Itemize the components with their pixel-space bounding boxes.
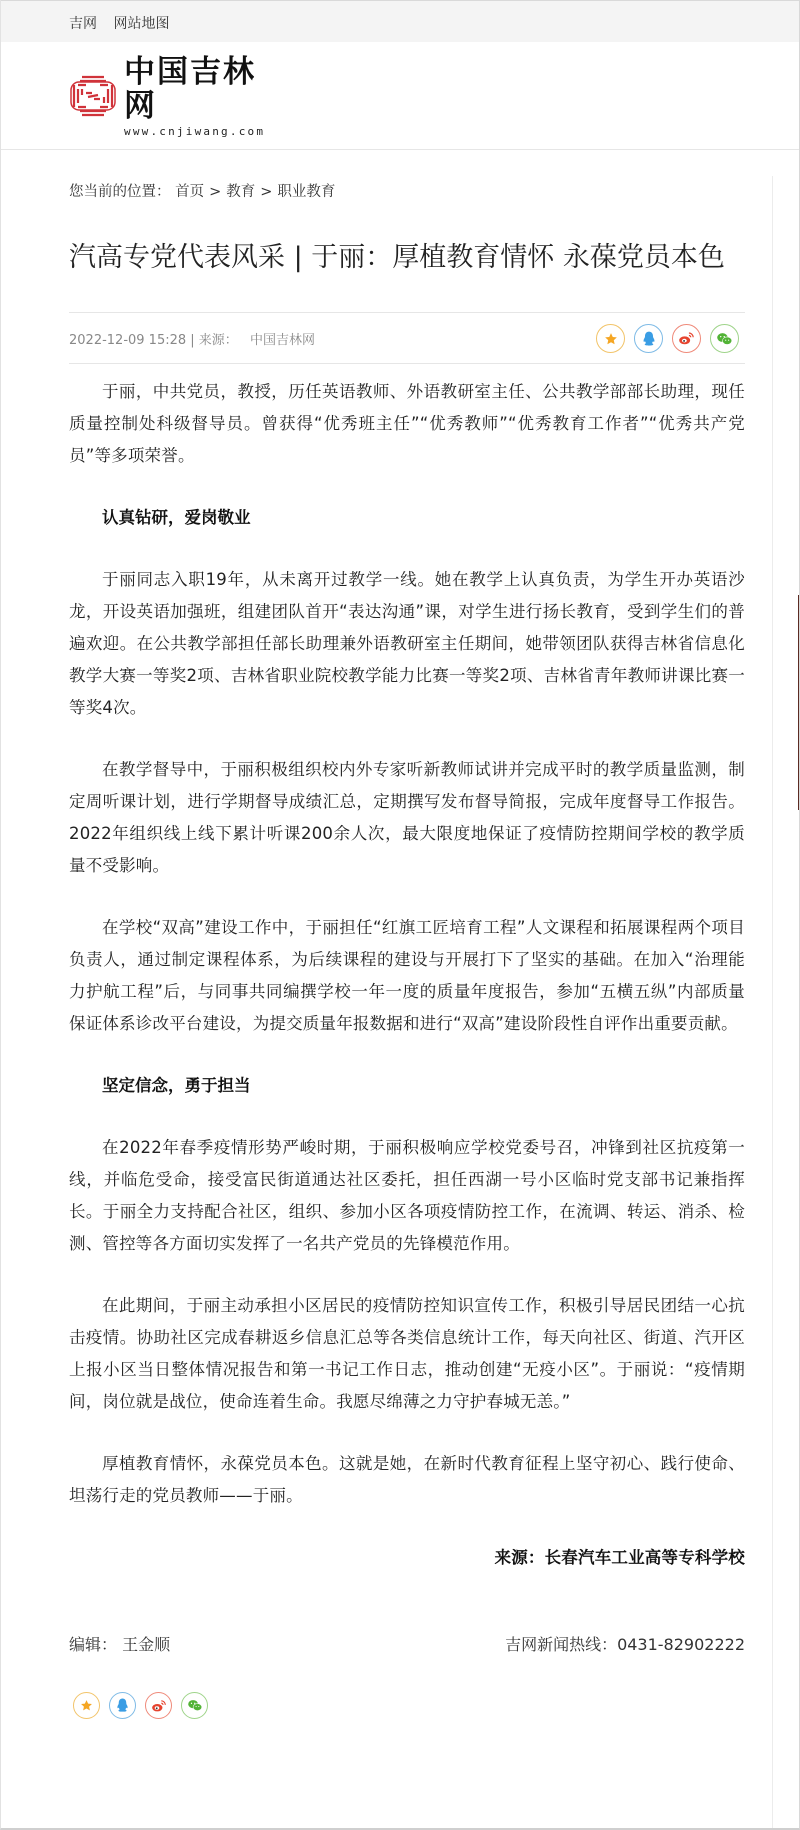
share-wechat-button[interactable] bbox=[181, 1692, 208, 1719]
star-icon bbox=[604, 332, 618, 346]
article-body: 于丽，中共党员，教授，历任英语教师、外语教研室主任、公共教学部部长助理，现任质量… bbox=[69, 376, 745, 1574]
breadcrumb-separator: > bbox=[209, 184, 221, 200]
breadcrumb-education[interactable]: 教育 bbox=[226, 184, 255, 200]
share-favorite-button[interactable] bbox=[596, 324, 625, 353]
top-bar: 吉网 网站地图 bbox=[1, 0, 799, 42]
share-favorite-button[interactable] bbox=[73, 1692, 100, 1719]
article-paragraph: 在教学督导中，于丽积极组织校内外专家听新教师试讲并完成平时的教学质量监测，制定周… bbox=[69, 754, 745, 882]
news-hotline: 吉网新闻热线：0431-82902222 bbox=[505, 1632, 745, 1655]
breadcrumb-prefix: 您当前的位置： bbox=[69, 184, 171, 200]
link-sitemap[interactable]: 网站地图 bbox=[113, 16, 169, 32]
logo-url: www.cnjiwang.com bbox=[124, 125, 288, 138]
share-bar-bottom bbox=[73, 1692, 208, 1719]
article-paragraph: 于丽，中共党员，教授，历任英语教师、外语教研室主任、公共教学部部长助理，现任质量… bbox=[69, 376, 745, 472]
editor-credit: 编辑： 王金顺 bbox=[69, 1632, 170, 1655]
share-weibo-button[interactable] bbox=[672, 324, 701, 353]
share-weibo-button[interactable] bbox=[145, 1692, 172, 1719]
share-qq-button[interactable] bbox=[109, 1692, 136, 1719]
article-footer: 编辑： 王金顺 吉网新闻热线：0431-82902222 bbox=[69, 1632, 745, 1655]
site-header: 中国吉林网 www.cnjiwang.com bbox=[1, 42, 799, 150]
breadcrumb-vocational-education[interactable]: 职业教育 bbox=[277, 184, 335, 200]
article-meta-bar: 2022-12-09 15:28 | 来源： 中国吉林网 bbox=[69, 312, 745, 364]
article-source: 来源：长春汽车工业高等专科学校 bbox=[69, 1542, 745, 1574]
section-heading: 认真钻研，爱岗敬业 bbox=[69, 502, 745, 534]
article-paragraph: 厚植教育情怀，永葆党员本色。这就是她，在新时代教育征程上坚守初心、践行使命、坦荡… bbox=[69, 1448, 745, 1512]
logo-name: 中国吉林网 bbox=[124, 55, 288, 123]
share-wechat-button[interactable] bbox=[710, 324, 739, 353]
logo-mark-icon bbox=[68, 71, 118, 121]
source-name: 中国吉林网 bbox=[250, 333, 315, 348]
right-rail-divider bbox=[772, 176, 773, 1830]
breadcrumb-home[interactable]: 首页 bbox=[175, 184, 204, 200]
breadcrumb-separator: > bbox=[260, 184, 272, 200]
site-logo[interactable]: 中国吉林网 www.cnjiwang.com bbox=[68, 70, 288, 122]
section-heading: 坚定信念，勇于担当 bbox=[69, 1070, 745, 1102]
article-meta: 2022-12-09 15:28 | 来源： 中国吉林网 bbox=[69, 329, 315, 348]
weibo-icon bbox=[678, 331, 695, 346]
article-paragraph: 在此期间，于丽主动承担小区居民的疫情防控知识宣传工作，积极引导居民团结一心抗击疫… bbox=[69, 1290, 745, 1418]
qq-penguin-icon bbox=[116, 1698, 129, 1713]
qq-penguin-icon bbox=[642, 331, 656, 347]
article-paragraph: 在学校“双高”建设工作中，于丽担任“红旗工匠培育工程”人文课程和拓展课程两个项目… bbox=[69, 912, 745, 1040]
star-icon bbox=[80, 1699, 93, 1712]
share-qq-button[interactable] bbox=[634, 324, 663, 353]
wechat-icon bbox=[716, 332, 733, 346]
link-jiwang[interactable]: 吉网 bbox=[69, 16, 97, 32]
wechat-icon bbox=[187, 1699, 203, 1712]
page-title: 汽高专党代表风采 | 于丽：厚植教育情怀 永葆党员本色 bbox=[69, 240, 745, 276]
weibo-icon bbox=[151, 1699, 167, 1713]
article-paragraph: 在2022年春季疫情形势严峻时期，于丽积极响应学校党委号召，冲锋到社区抗疫第一线… bbox=[69, 1132, 745, 1260]
top-links: 吉网 网站地图 bbox=[69, 13, 181, 33]
article-paragraph: 于丽同志入职19年，从未离开过教学一线。她在教学上认真负责，为学生开办英语沙龙，… bbox=[69, 564, 745, 724]
breadcrumb: 您当前的位置： 首页>教育>职业教育 bbox=[69, 180, 335, 201]
publish-date: 2022-12-09 15:28 bbox=[69, 333, 186, 348]
source-label: | 来源： bbox=[190, 333, 238, 348]
share-bar-top bbox=[596, 324, 739, 353]
